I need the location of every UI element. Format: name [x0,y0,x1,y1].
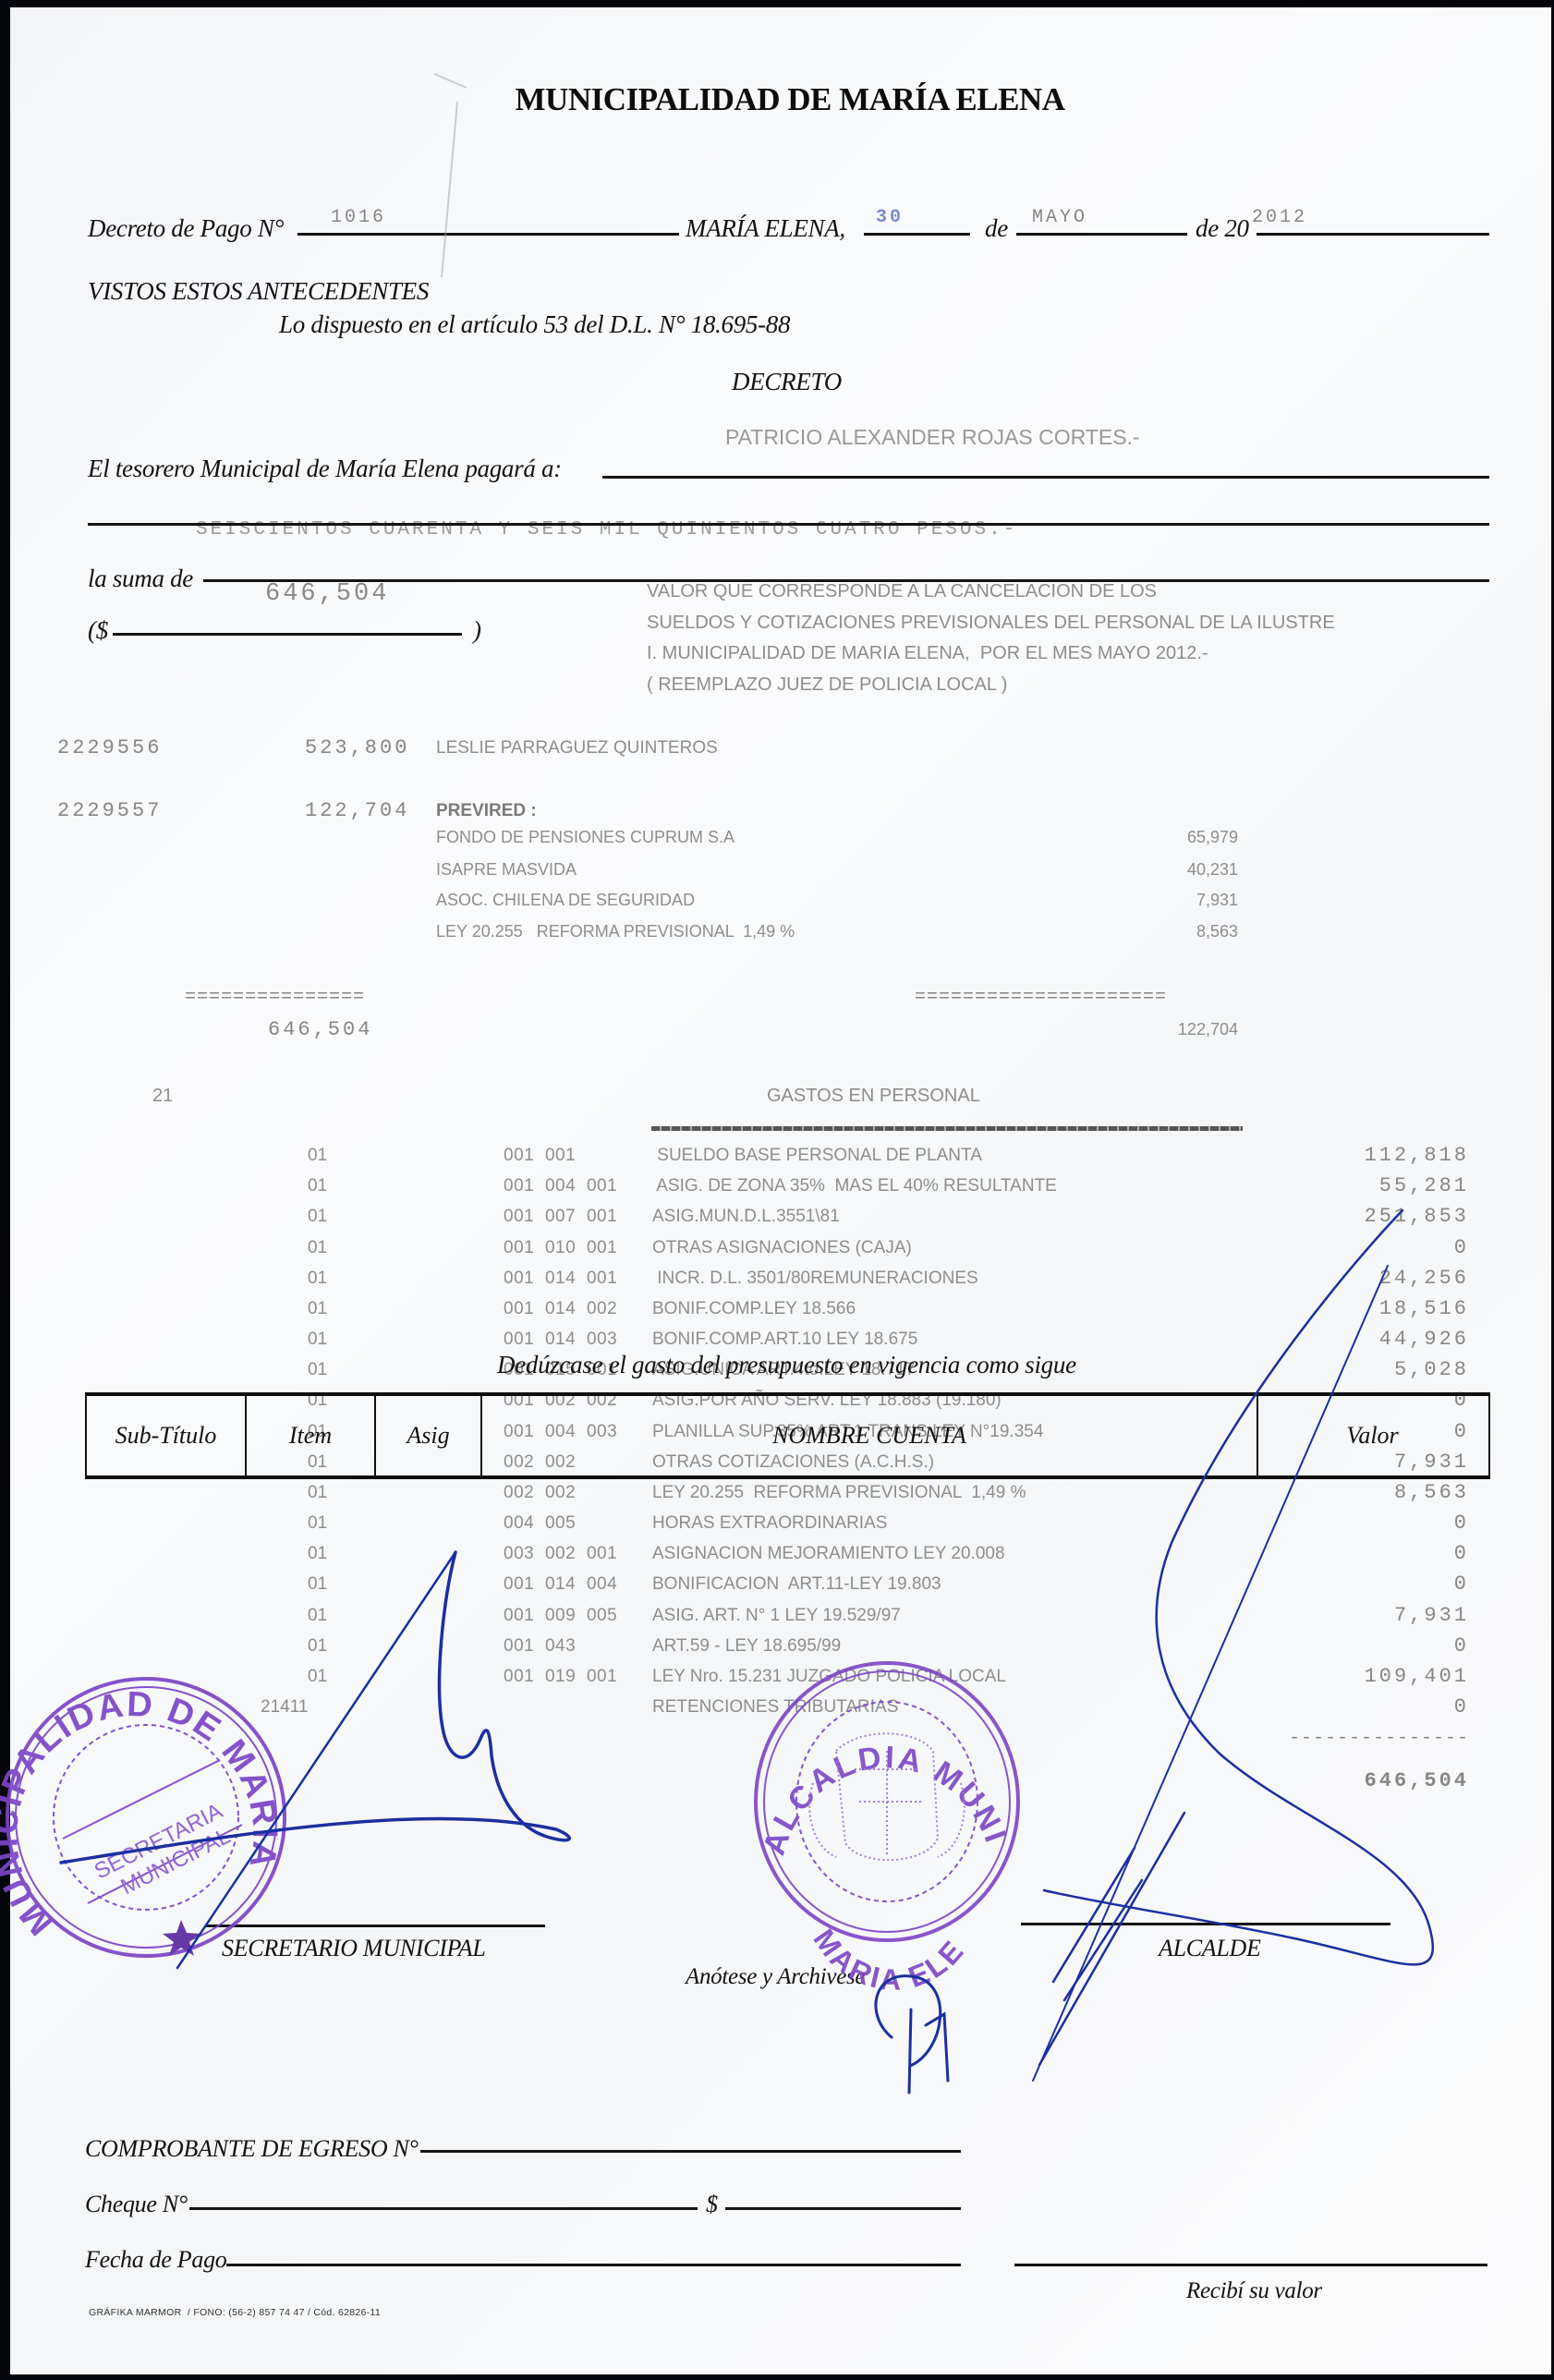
budget-value: 0 [1454,1634,1469,1657]
budget-code: 001 009 005 [504,1606,617,1626]
budget-value: 44,926 [1379,1328,1469,1351]
budget-value: 109,401 [1365,1665,1469,1688]
previred-detail-value: 65,979 [1187,828,1238,847]
budget-code: 001 010 001 [504,1238,617,1258]
payment-name: PREVIRED : [436,801,537,821]
budget-value: 7,931 [1394,1604,1469,1627]
budget-desc: LEY 20.255 REFORMA PREVISIONAL 1,49 % [652,1483,1026,1503]
budget-sub: 01 [308,1176,327,1196]
budget-code: 001 014 003 [504,1330,617,1350]
budget-row: 21411RETENCIONES TRIBUTARIAS0 [0,1697,1554,1719]
decree-month: MAYO [1032,207,1087,228]
budget-value: 8,563 [1394,1481,1469,1504]
previred-detail-value: 8,563 [1196,922,1238,941]
previred-detail-value: 7,931 [1196,891,1238,910]
budget-desc: RETENCIONES TRIBUTARIAS [652,1697,898,1718]
concept-line: ( REEMPLAZO JUEZ DE POLICIA LOCAL ) [647,674,1007,696]
budget-sub: 01 [308,1574,327,1595]
secretary-signature-line [205,1925,545,1927]
col-nombre-cuenta: NOMBRE CUENTA [482,1396,1257,1475]
budget-subtitle-code: 21 [152,1086,173,1107]
previred-detail-value: 40,231 [1187,860,1238,880]
cheque-label: Cheque N° [85,2191,188,2218]
day-line [864,233,970,236]
deduction-table-header: Sub-Título Item Asig NOMBRE CUENTA Valor [85,1392,1490,1479]
recibi-line [1014,2264,1487,2266]
antecedentes-heading: VISTOS ESTOS ANTECEDENTES [88,277,429,306]
cheque-line [189,2207,698,2210]
budget-value: 18,516 [1379,1297,1469,1320]
payee-label: El tesorero Municipal de María Elena pag… [88,455,562,483]
budget-code: 001 014 001 [504,1269,617,1289]
budget-sub: 01 [308,1483,327,1503]
dollar-line [113,633,462,636]
decree-number-label: Decreto de Pago N° [88,214,284,243]
budget-sub: 01 [308,1207,327,1227]
budget-code: 001 014 004 [504,1574,617,1595]
budget-row: 01003 002 001ASIGNACION MEJORAMIENTO LEY… [0,1544,1554,1566]
payment-amount: 523,800 [305,736,409,759]
amount-figure: 646,504 [265,580,389,608]
budget-desc: BONIF.COMP.ART.10 LEY 18.675 [652,1330,917,1350]
budget-sub: 01 [308,1544,327,1564]
amount-label: la suma de [88,565,193,593]
previred-detail-name: FONDO DE PENSIONES CUPRUM S.A [436,828,735,847]
printer-credit: GRÁFIKA MARMOR / FONO: (56-2) 857 74 47 … [89,2307,381,2318]
budget-value: 112,818 [1365,1144,1469,1167]
egreso-line [420,2150,961,2153]
col-item: Item [247,1396,374,1475]
budget-desc: ASIGNACION MEJORAMIENTO LEY 20.008 [652,1544,1005,1564]
secretary-label: SECRETARIO MUNICIPAL [222,1935,486,1962]
budget-code: 004 005 [504,1513,576,1534]
budget-row: 01001 004 001 ASIG. DE ZONA 35% MAS EL 4… [0,1176,1554,1198]
budget-value: 24,256 [1379,1267,1469,1290]
budget-code: 001 001 [504,1146,576,1166]
deduction-instruction: Dedúzcase el gasto del presupuesto en vi… [497,1351,1076,1379]
previred-detail-name: LEY 20.255 REFORMA PREVISIONAL 1,49 % [436,922,795,941]
mayor-signature-line [1021,1923,1390,1925]
budget-desc: ASIG. ART. N° 1 LEY 19.529/97 [652,1606,901,1626]
budget-value: 55,281 [1379,1174,1469,1197]
budget-value: 0 [1454,1542,1469,1565]
budget-value: 0 [1454,1572,1469,1596]
left-total: 646,504 [268,1018,372,1041]
total-separator: --------------- [1289,1728,1469,1749]
budget-row: 01001 010 001OTRAS ASIGNACIONES (CAJA)0 [0,1238,1554,1260]
budget-row: 01001 014 003BONIF.COMP.ART.10 LEY 18.67… [0,1330,1554,1352]
antecedentes-text: Lo dispuesto en el artículo 53 del D.L. … [279,310,790,339]
budget-value: 0 [1454,1236,1469,1259]
budget-desc: LEY Nro. 15.231 JUZGADO POLICIA LOCAL [652,1667,1006,1687]
previred-detail-name: ISAPRE MASVIDA [436,860,577,880]
budget-value: 0 [1454,1695,1469,1718]
year-line [1257,233,1489,236]
budget-value: 251,853 [1365,1205,1469,1228]
budget-sub: 01 [308,1146,327,1166]
col-valor: Valor [1258,1396,1487,1475]
payment-amount: 122,704 [305,799,409,822]
payment-code: 2229557 [57,799,162,822]
budget-row: 01001 001 SUELDO BASE PERSONAL DE PLANTA… [0,1146,1554,1168]
budget-sub: 01 [308,1360,327,1380]
budget-desc: SUELDO BASE PERSONAL DE PLANTA [652,1146,982,1166]
budget-row: 01001 007 001ASIG.MUN.D.L.3551\81251,853 [0,1207,1554,1229]
budget-desc: ASIG. DE ZONA 35% MAS EL 40% RESULTANTE [652,1176,1057,1196]
budget-code: 001 014 002 [504,1299,617,1319]
budget-row: 01001 014 002BONIF.COMP.LEY 18.56618,516 [0,1299,1554,1321]
col-asig: Asig [376,1396,480,1475]
budget-code: 001 004 001 [504,1176,617,1196]
cheque-dollar-label: $ [706,2191,718,2218]
budget-sub: 01 [308,1667,327,1687]
recibi-label: Recibí su valor [1186,2278,1322,2304]
dollar-close: ) [473,616,481,645]
budget-desc: ART.59 - LEY 18.695/99 [652,1636,841,1657]
budget-desc: INCR. D.L. 3501/80REMUNERACIONES [652,1269,978,1289]
budget-desc: BONIFICACION ART.11-LEY 19.803 [652,1574,941,1595]
budget-heading: GASTOS EN PERSONAL [767,1086,980,1107]
budget-code: 002 002 [504,1483,576,1503]
budget-heading-rule [651,1126,1243,1131]
budget-code: 001 043 [504,1636,576,1657]
budget-code: 001 007 001 [504,1207,617,1227]
page-title: MUNICIPALIDAD DE MARÍA ELENA [0,81,1554,118]
payment-code: 2229556 [57,736,162,759]
budget-desc: OTRAS ASIGNACIONES (CAJA) [652,1238,912,1258]
budget-row: 01001 014 004BONIFICACION ART.11-LEY 19.… [0,1574,1554,1597]
budget-sub: 01 [308,1299,327,1319]
budget-code: 003 002 001 [504,1544,617,1564]
decree-number-line [297,233,679,236]
archive-note: Anótese y Archivese [686,1964,865,1990]
budget-desc: BONIF.COMP.LEY 18.566 [652,1299,856,1319]
cheque-amount-line [725,2207,961,2210]
budget-sub: 01 [308,1636,327,1657]
budget-desc: ASIG.MUN.D.L.3551\81 [652,1207,840,1227]
de-month-label: de [985,214,1008,243]
budget-row: 01004 005HORAS EXTRAORDINARIAS0 [0,1513,1554,1536]
grand-total: 646,504 [1365,1769,1469,1792]
mayor-label: ALCALDE [1159,1935,1261,1962]
separator-left: =============== [185,987,365,1008]
amount-words-line [88,523,1489,526]
budget-sub: 01 [308,1269,327,1289]
decreto-label: DECRETO [732,368,842,396]
budget-sub: 01 [308,1330,327,1350]
payment-name: LESLIE PARRAGUEZ QUINTEROS [436,738,718,759]
egreso-label: COMPROBANTE DE EGRESO N° [85,2135,419,2163]
budget-row: 01001 043ART.59 - LEY 18.695/990 [0,1636,1554,1658]
city-label: MARÍA ELENA, [686,214,845,243]
budget-row: 01001 014 001 INCR. D.L. 3501/80REMUNERA… [0,1269,1554,1291]
right-total: 122,704 [1178,1020,1238,1039]
scanned-document: MUNICIPALIDAD DE MARÍA ELENA Decreto de … [0,0,1554,2380]
separator-right: ===================== [915,987,1167,1008]
budget-value: 5,028 [1394,1358,1469,1381]
previred-detail-name: ASOC. CHILENA DE SEGURIDAD [436,891,695,910]
dollar-open: ($ [88,616,108,645]
month-line [1016,233,1187,236]
concept-line: SUELDOS Y COTIZACIONES PREVISIONALES DEL… [647,613,1335,634]
payee-name: PATRICIO ALEXANDER ROJAS CORTES.- [725,425,1140,450]
decree-number: 1016 [331,207,386,228]
budget-value: 0 [1454,1512,1469,1535]
concept-line: VALOR QUE CORRESPONDE A LA CANCELACION D… [647,581,1157,602]
concept-line: I. MUNICIPALIDAD DE MARIA ELENA, POR EL … [647,643,1208,664]
budget-row: 01001 019 001LEY Nro. 15.231 JUZGADO POL… [0,1667,1554,1689]
budget-sub: 01 [308,1606,327,1626]
de-year-label: de 20 [1196,214,1249,243]
budget-desc: HORAS EXTRAORDINARIAS [652,1513,887,1534]
payee-line [602,476,1489,479]
budget-row: 01002 002LEY 20.255 REFORMA PREVISIONAL … [0,1483,1554,1505]
decree-day: 30 [876,207,904,228]
fecha-line [226,2264,961,2266]
budget-code: 001 019 001 [504,1667,617,1687]
budget-sub: 21411 [261,1697,308,1718]
budget-row: 01001 009 005ASIG. ART. N° 1 LEY 19.529/… [0,1606,1554,1628]
budget-sub: 01 [308,1513,327,1534]
col-sub-titulo: Sub-Título [87,1396,245,1475]
budget-sub: 01 [308,1238,327,1258]
decree-year: 2012 [1252,207,1307,228]
fecha-label: Fecha de Pago [85,2246,226,2274]
